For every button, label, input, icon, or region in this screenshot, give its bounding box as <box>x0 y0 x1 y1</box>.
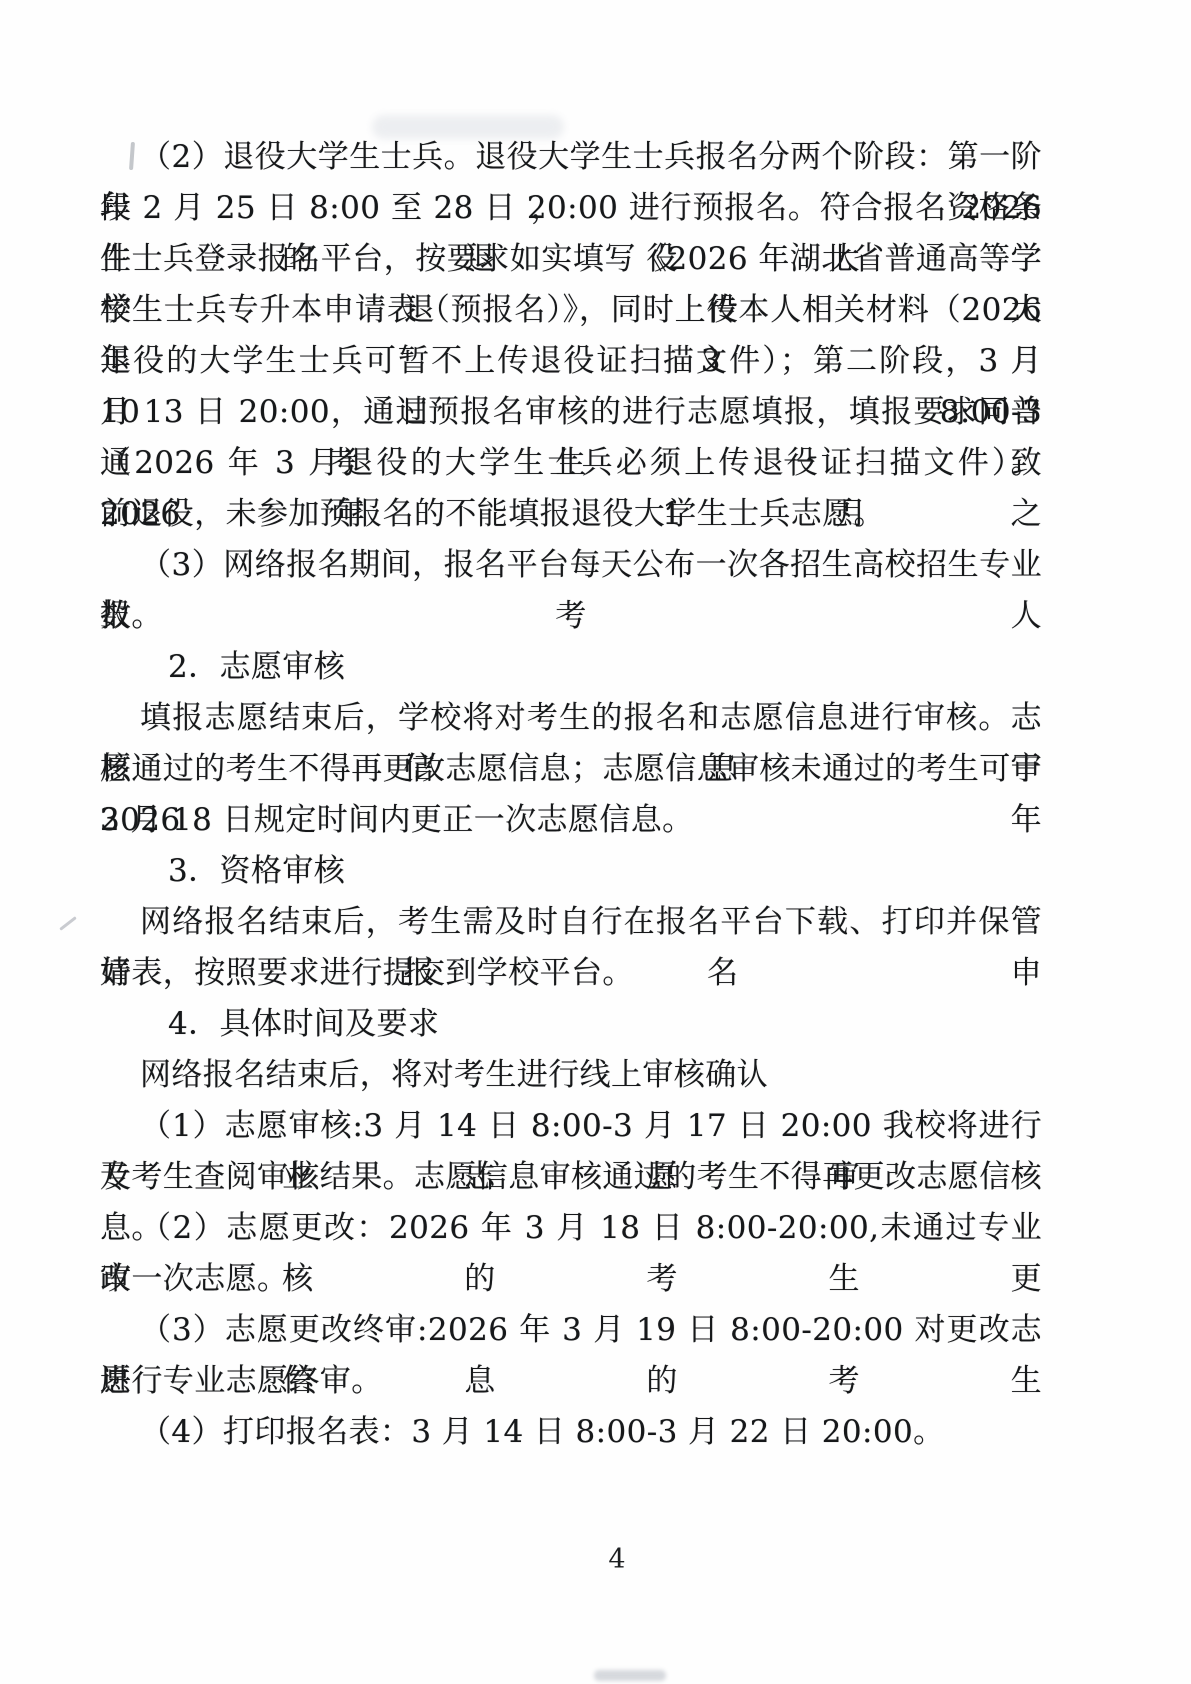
text-line: 核通过的考生不得再更改志愿信息；志愿信息审核未通过的考生可于 2026 年 <box>100 744 1042 795</box>
text-line: 年 2 月 25 日 8:00 至 28 日 20:00 进行预报名。符合报名资… <box>100 183 1042 234</box>
text-line: 网络报名结束后，将对考生进行线上审核确认 <box>100 1050 1042 1101</box>
text-line: 3．资格审核 <box>100 846 1042 897</box>
text-line: 4．具体时间及要求 <box>100 999 1042 1050</box>
text-line: 退役的大学生士兵可暂不上传退役证扫描文件）；第二阶段，3 月 10 日 8:00… <box>100 336 1042 387</box>
text-line: （4）打印报名表：3 月 14 日 8:00-3 月 22 日 20:00。 <box>100 1407 1042 1458</box>
text-line: 2．志愿审核 <box>100 642 1042 693</box>
text-line: （2）志愿更改：2026 年 3 月 18 日 8:00-20:00,未通过专业… <box>100 1203 1042 1254</box>
text-line: （2）退役大学生士兵。退役大学生士兵报名分两个阶段：第一阶段，2026 <box>100 132 1042 183</box>
scanned-page: （2）退役大学生士兵。退役大学生士兵报名分两个阶段：第一阶段，2026年 2 月… <box>0 0 1191 1684</box>
text-line: （2026 年 3 月退役的大学生士兵必须上传退役证扫描文件）。2026 年 1… <box>100 438 1042 489</box>
scan-artifact-stroke <box>59 916 77 931</box>
text-line: 生士兵登录报名平台，按要求如实填写《2026 年湖北省普通高等学校退役大 <box>100 234 1042 285</box>
text-line: 学生士兵专升本申请表（预报名）》，同时上传本人相关材料（2026 年 3 月 <box>100 285 1042 336</box>
text-line: 及考生查阅审核结果。志愿信息审核通过的考生不得再更改志愿信息。 <box>100 1152 1042 1203</box>
scan-smudge-bottom <box>594 1670 666 1681</box>
document-body: （2）退役大学生士兵。退役大学生士兵报名分两个阶段：第一阶段，2026年 2 月… <box>100 132 1042 1458</box>
text-line: （1）志愿审核:3 月 14 日 8:00-3 月 17 日 20:00 我校将… <box>100 1101 1042 1152</box>
page-number: 4 <box>0 1544 1191 1575</box>
text-line: （3）志愿更改终审:2026 年 3 月 19 日 8:00-20:00 对更改… <box>100 1305 1042 1356</box>
text-line: （3）网络报名期间，报名平台每天公布一次各招生高校招生专业报考人 <box>100 540 1042 591</box>
text-line: 网络报名结束后，考生需及时自行在报名平台下载、打印并保管好报名申 <box>100 897 1042 948</box>
text-line: 填报志愿结束后，学校将对考生的报名和志愿信息进行审核。志愿信息审 <box>100 693 1042 744</box>
text-line: 月 13 日 20:00，通过预报名审核的进行志愿填报，填报要求同普通考生一致 <box>100 387 1042 438</box>
